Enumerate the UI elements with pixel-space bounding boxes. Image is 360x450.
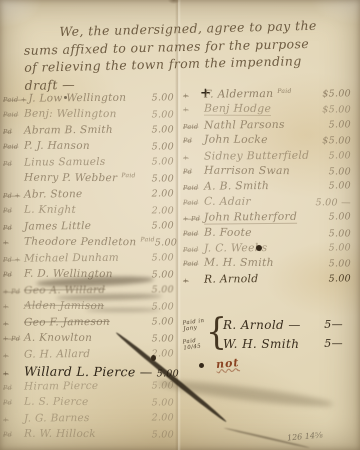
signer-name: John Rutherford — [204, 210, 297, 225]
ledger-row: + Geo F. Jameson 5.00 — [3, 315, 180, 333]
signer-name: R. Arnold — [204, 272, 259, 285]
left-signature-column: Paid + J. Low Wellington 5.00 Paid Benj:… — [3, 92, 180, 444]
paid-mark: + Pd — [183, 215, 204, 223]
signer-name: Hiram Pierce — [24, 380, 99, 393]
ink-blot — [199, 363, 204, 368]
paid-mark: Paid + — [3, 96, 29, 104]
signer-name: Theodore Pendleton — [24, 236, 137, 249]
paid-mark: + — [183, 106, 204, 114]
paid-mark: Pd + — [3, 256, 24, 264]
pledge-amount: 5.00 — — [315, 197, 357, 208]
ledger-row: Pd Abram B. Smith 5.00 — [3, 123, 180, 141]
ledger-row: Paid Nathl Parsons 5.00 — [183, 117, 357, 134]
paid-mark: + — [183, 276, 204, 284]
paid-note: Paid — [273, 88, 291, 95]
ledger-row: Pd L. S. Pierce 5.00 — [3, 396, 180, 413]
paid-mark: Pd — [3, 128, 24, 136]
paid-mark: Pd — [3, 224, 24, 232]
paid-mark: Paid — [3, 111, 24, 119]
paid-mark: Paid — [183, 198, 204, 206]
paper-tear — [166, 0, 182, 9]
pledge-amount: 5.00 — [329, 166, 357, 177]
ledger-row: + J. G. Barnes 2.00 — [3, 411, 180, 429]
pledge-amount: 5.00 — [329, 242, 357, 253]
ledger-row: Paid J. C. Weeks 5.00 — [183, 240, 357, 257]
pledge-amount: 5.00 — [152, 124, 180, 135]
ink-blot — [256, 245, 262, 251]
paid-mark: + — [3, 303, 24, 311]
paid-mark: + — [3, 320, 24, 328]
paid-mark: Paid — [183, 184, 204, 192]
signer-name: R. Arnold — — [209, 318, 301, 332]
signer-name: L. S. Pierce — [24, 396, 89, 408]
paid-mark: Paid — [183, 229, 204, 237]
paid-mark: Pd — [183, 137, 204, 145]
paid-mark: Pd — [3, 384, 24, 392]
manuscript-page: We, the undersigned, agree to pay the su… — [0, 0, 360, 450]
ledger-row: Pd Harrison Swan 5.00 — [183, 163, 357, 179]
pledge-amount: 5.00 — [152, 252, 180, 263]
pledge-amount: 5— — [324, 337, 355, 350]
pledge-amount: 5.00 — [329, 228, 357, 239]
signer-name: Abr. Stone — [24, 188, 83, 201]
pledge-amount: 2.00 — [152, 188, 180, 199]
ledger-row: + Sidney Butterfield 5.00 — [183, 148, 357, 165]
signer-name: Geo F. Jameson — [24, 316, 110, 329]
signer-name: James Little — [24, 220, 91, 233]
ink-blot — [64, 96, 67, 99]
paid-mark: Pd + — [3, 192, 24, 200]
paid-mark: Pd — [3, 207, 24, 215]
pledge-amount: $5.00 — [322, 135, 357, 146]
ledger-row: Pd L. Knight 2.00 — [3, 204, 180, 221]
ink-smear — [86, 308, 160, 312]
signer-name: Nathl Parsons — [204, 118, 285, 132]
signer-name: A. B. Smith — [204, 179, 269, 193]
signer-name: Harrison Swan — [204, 164, 290, 177]
signer-name: J. Low Wellington — [28, 92, 126, 105]
paid-mark: + — [183, 92, 204, 100]
signer-name: J. G. Barnes — [24, 412, 90, 425]
signer-name: Michael Dunham — [24, 252, 119, 265]
paid-mark: + Pd — [3, 335, 24, 343]
pledge-amount: 5.00 — [329, 150, 357, 161]
ledger-row: Pd + Abr. Stone 2.00 — [3, 187, 180, 205]
signer-name: L. Knight — [24, 204, 76, 216]
pledge-amount: 5.00 — [152, 173, 180, 184]
paid-mark: Pd — [183, 167, 204, 175]
right-signature-column: + F. Alderman Paid $5.00 + Benj Hodge $5… — [183, 87, 357, 287]
signer-name: Linus Samuels — [24, 156, 106, 169]
ledger-row: Pd Linus Samuels 5.00 — [3, 155, 180, 173]
ledger-row: Pd Hiram Pierce 5.00 — [3, 379, 180, 397]
paid-mark: Pd — [3, 431, 24, 439]
paid-mark: + Pd — [3, 288, 24, 296]
pledge-amount: 5.00 — [329, 273, 357, 284]
signer-name: F. Alderman — [204, 87, 273, 101]
paid-mark: + — [183, 153, 204, 161]
signer-name: Sidney Butterfield — [204, 148, 309, 162]
ledger-row: + Theodore Pendleton Paid 5.00 — [3, 236, 180, 253]
paid-annotation: Paid 10/45 — [182, 336, 209, 351]
paid-mark: + — [3, 370, 24, 378]
signer-name: P. J. Hanson — [24, 140, 90, 152]
ledger-row: + Pd John Rutherford 5.00 — [183, 209, 357, 226]
paid-annotation: Paid in Jany — [182, 317, 209, 332]
ledger-row: Pd R. W. Hillock 5.00 — [3, 428, 180, 445]
pledge-amount: 5.00 — [155, 237, 183, 248]
pledge-amount: 5.00 — [152, 333, 180, 344]
pledge-amount: 5.00 — [329, 211, 357, 222]
signer-name: Benj: Wellington — [24, 108, 117, 120]
pledge-amount: 5.00 — [152, 92, 180, 103]
ledger-row: + Pd A. Knowlton 5.00 — [3, 332, 180, 349]
pledge-heading: We, the undersigned, agree to pay the su… — [23, 16, 347, 94]
signer-name: B. Foote — [204, 225, 252, 238]
signer-name: M. H. Smith — [204, 256, 274, 269]
signer-name: Henry P. Webber — [24, 172, 117, 184]
paid-mark: Paid — [183, 260, 204, 268]
ledger-row: Paid in Jany R. Arnold — 5— — [183, 316, 355, 333]
paid-mark: + — [3, 239, 24, 247]
ledger-row: Paid M. H. Smith 5.00 — [183, 256, 357, 272]
ink-blot — [151, 355, 156, 361]
ledger-row: Paid B. Foote 5.00 — [183, 225, 357, 241]
ledger-row: Paid + J. Low Wellington 5.00 — [3, 91, 180, 109]
ledger-row: Henry P. Webber Paid 5.00 — [3, 172, 180, 189]
paid-mark: Paid — [3, 143, 24, 151]
signer-name: A. Knowlton — [24, 332, 92, 344]
ledger-row: Pd + Michael Dunham 5.00 — [3, 251, 180, 269]
ledger-row: Pd James Little 5.00 — [3, 219, 180, 237]
arnold-group: Paid in Jany R. Arnold — 5— Paid 10/45 W… — [183, 316, 355, 352]
paid-mark: + — [3, 352, 24, 360]
signer-name: G. H. Allard — [24, 348, 91, 361]
paid-mark: Pd — [3, 271, 24, 279]
paid-note: Paid — [117, 172, 135, 179]
pledge-amount: 5.00 — [329, 259, 357, 270]
signer-name: Willard L. Pierce — — [24, 364, 153, 380]
pledge-amount: $5.00 — [322, 88, 357, 99]
pledge-amount: 5.00 — [152, 316, 180, 327]
signer-name: John Locke — [204, 133, 268, 146]
ledger-row: Paid P. J. Hanson 5.00 — [3, 140, 180, 157]
pencil-arithmetic: 126 14⅝ — [287, 430, 323, 443]
ledger-row: Paid 10/45 W. H. Smith 5— — [183, 335, 355, 352]
signer-name: C. Adair — [204, 194, 251, 207]
pledge-amount: 5.00 — [152, 109, 180, 120]
paid-mark: Paid — [183, 122, 204, 130]
ledger-row: Paid Benj: Wellington 5.00 — [3, 108, 180, 125]
ledger-row: Paid A. B. Smith 5.00 — [183, 179, 357, 196]
signer-name: Benj Hodge — [204, 102, 271, 116]
pledge-amount: 5.00 — [152, 156, 180, 167]
pledge-amount: 5.00 — [152, 397, 180, 408]
signer-name: R. W. Hillock — [24, 428, 96, 440]
ledger-row: Pd John Locke $5.00 — [183, 133, 357, 149]
pledge-amount: 5.00 — [152, 269, 180, 280]
pledge-amount: 5.00 — [152, 220, 180, 231]
pledge-amount: 5.00 — [329, 119, 357, 130]
ink-smear — [156, 376, 334, 411]
ledger-row: Paid C. Adair 5.00 — — [183, 194, 357, 210]
pledge-amount: $5.00 — [322, 105, 357, 116]
pledge-amount: 5.00 — [329, 181, 357, 192]
paid-mark: + — [3, 416, 24, 424]
ledger-row: + Benj Hodge $5.00 — [183, 102, 357, 118]
not-annotation: not — [215, 356, 239, 371]
paid-note: Paid — [136, 236, 154, 243]
pledge-amount: 2.00 — [152, 412, 180, 423]
ledger-row: + R. Arnold 5.00 — [183, 271, 357, 288]
pledge-amount: 2.00 — [152, 205, 180, 216]
pledge-amount: 5.00 — [152, 141, 180, 152]
paid-mark: Pd — [3, 160, 24, 168]
signer-name: Abram B. Smith — [24, 124, 113, 137]
signer-name: W. H. Smith — [209, 337, 299, 351]
paid-mark: Pd — [3, 399, 24, 407]
paid-mark: Paid — [183, 245, 204, 253]
ledger-row: + F. Alderman Paid $5.00 — [183, 86, 357, 103]
pledge-amount: 5.00 — [152, 429, 180, 440]
pledge-amount: 5— — [324, 318, 355, 331]
